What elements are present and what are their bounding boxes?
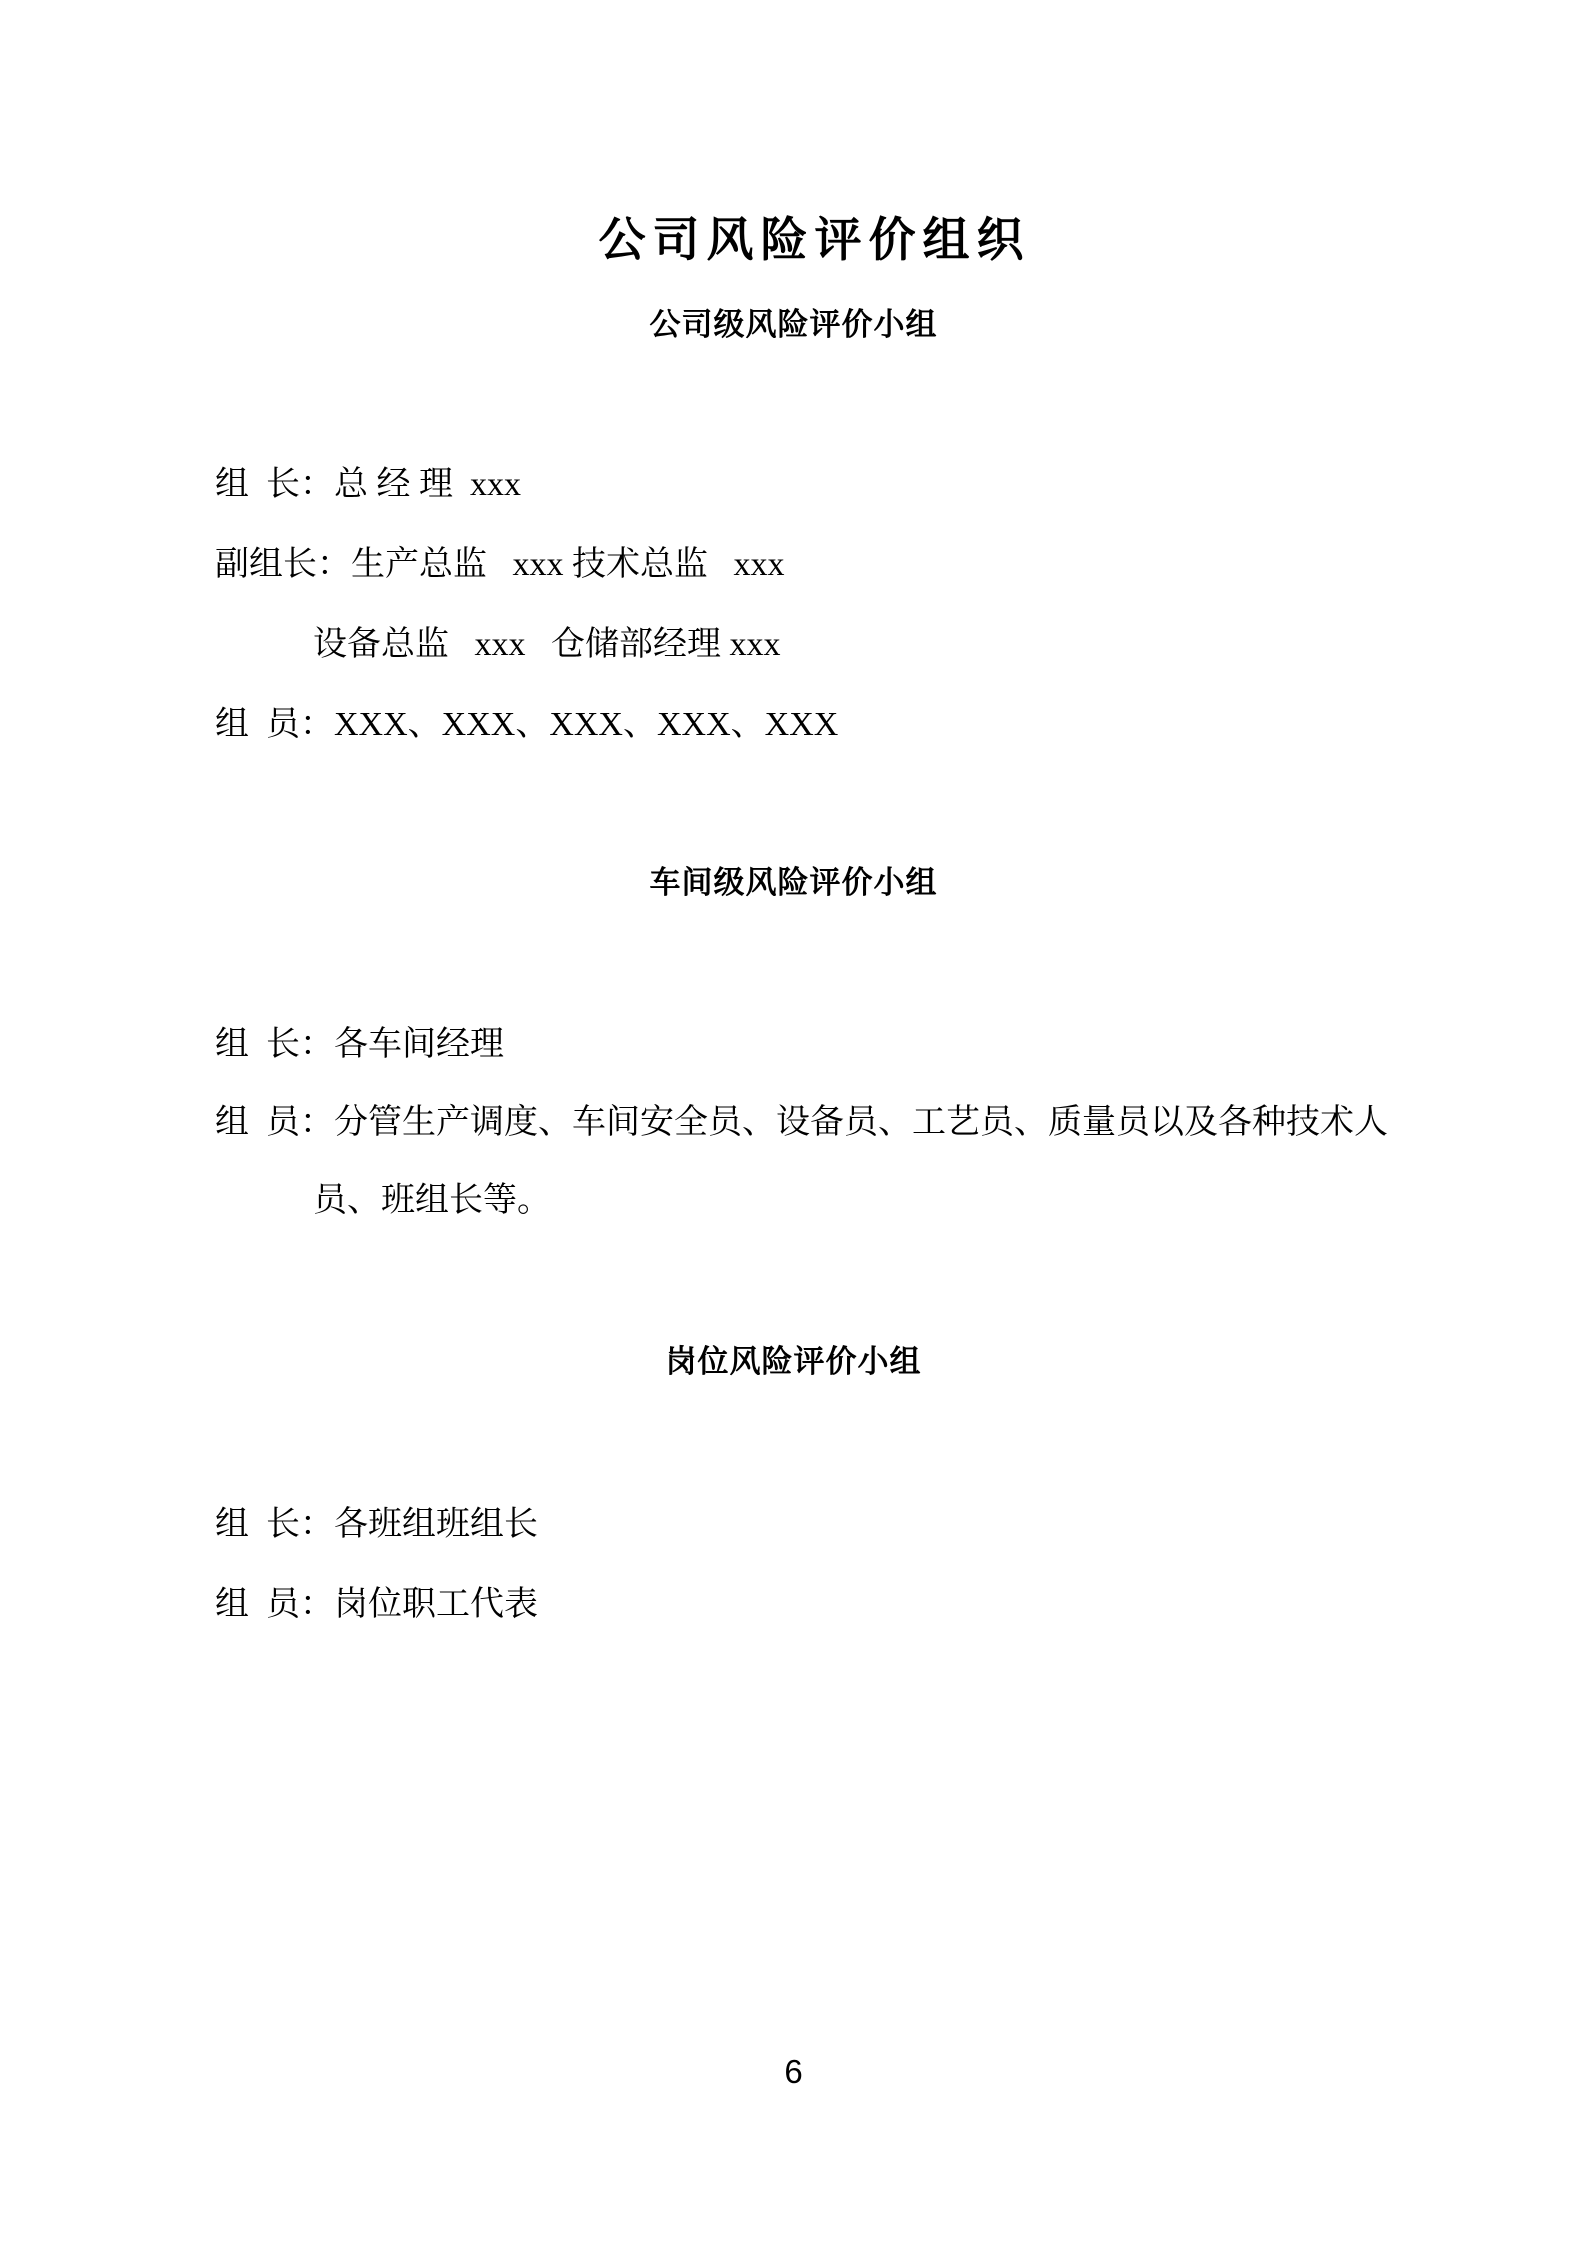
text-line-group-leader: 组 长：各班组班组长 — [215, 1485, 1447, 1565]
text-line-members: 组 员：XXX、XXX、XXX、XXX、XXX — [215, 685, 1447, 765]
text-line-members: 组 员：分管生产调度、车间安全员、设备员、工艺员、质量员以及各种技术人 — [215, 1084, 1447, 1162]
text-line-deputy-leaders: 副组长：生产总监 xxx 技术总监 xxx — [215, 525, 1447, 605]
section-heading-workshop-level: 车间级风险评价小组 — [0, 865, 1587, 901]
section-heading-company-level: 公司级风险评价小组 — [0, 307, 1587, 343]
page-number: 6 — [0, 2050, 1587, 2094]
text-line-group-leader: 组 长：总 经 理 xxx — [215, 445, 1447, 525]
text-line-deputy-leaders-continued: 设备总监 xxx 仓储部经理 xxx — [215, 605, 1447, 685]
text-line-group-leader: 组 长：各车间经理 — [215, 1006, 1447, 1084]
section-body-company-level: 组 长：总 经 理 xxx 副组长：生产总监 xxx 技术总监 xxx 设备总监… — [215, 445, 1447, 765]
section-body-workshop-level: 组 长：各车间经理 组 员：分管生产调度、车间安全员、设备员、工艺员、质量员以及… — [215, 1006, 1447, 1240]
text-line-members-continued: 员、班组长等。 — [215, 1162, 1447, 1240]
section-body-post-level: 组 长：各班组班组长 组 员：岗位职工代表 — [215, 1485, 1447, 1645]
document-page: 公司风险评价组织 公司级风险评价小组 组 长：总 经 理 xxx 副组长：生产总… — [0, 0, 1587, 2245]
text-line-members: 组 员：岗位职工代表 — [215, 1565, 1447, 1645]
section-heading-post-level: 岗位风险评价小组 — [0, 1344, 1587, 1380]
document-title: 公司风险评价组织 — [42, 212, 1587, 268]
